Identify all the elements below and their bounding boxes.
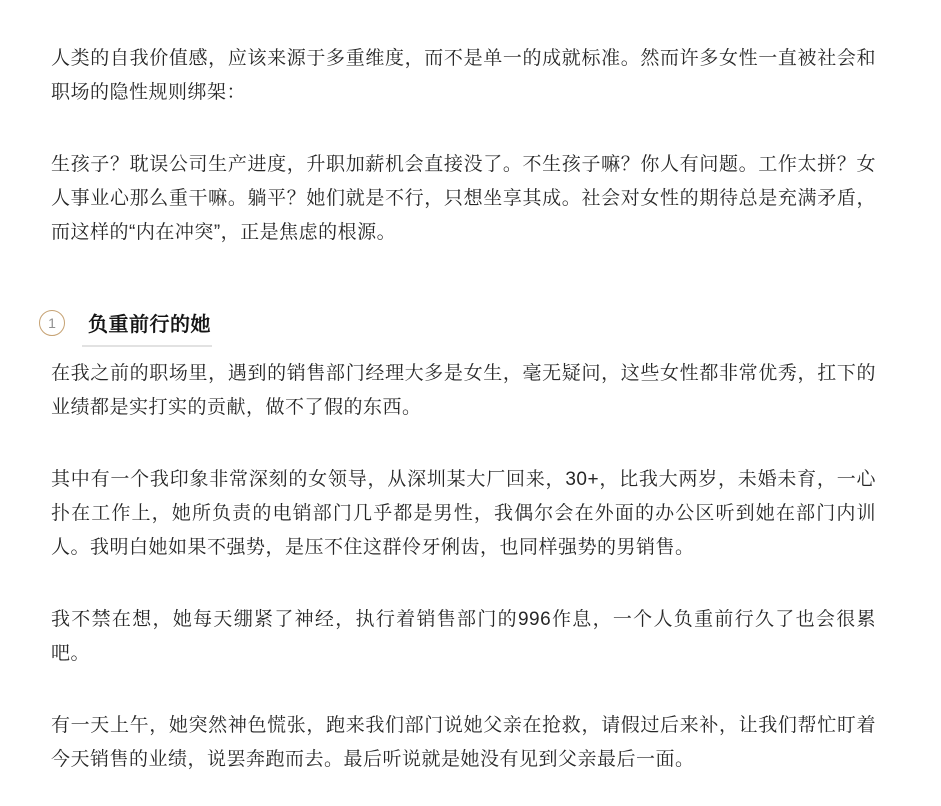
intro-paragraph-1: 人类的自我价值感，应该来源于多重维度，而不是单一的成就标准。然而许多女性一直被社… [51,42,876,110]
intro-paragraph-2: 生孩子？耽误公司生产进度，升职加薪机会直接没了。不生孩子嘛？你人有问题。工作太拼… [51,148,876,250]
heading-underline-decoration [82,345,212,347]
section-title: 负重前行的她 [88,308,211,337]
section-heading-row: 1 负重前行的她 [39,308,876,337]
section-number: 1 [48,316,56,330]
section-paragraph-4: 有一天上午，她突然神色慌张，跑来我们部门说她父亲在抢救，请假过后来补，让我们帮忙… [51,709,876,777]
section-number-badge: 1 [39,310,65,336]
section-paragraph-2: 其中有一个我印象非常深刻的女领导，从深圳某大厂回来，30+，比我大两岁，未婚未育… [51,463,876,565]
section-paragraph-1: 在我之前的职场里，遇到的销售部门经理大多是女生，毫无疑问，这些女性都非常优秀，扛… [51,357,876,425]
section-paragraph-3: 我不禁在想，她每天绷紧了神经，执行着销售部门的996作息，一个人负重前行久了也会… [51,603,876,671]
article-page: 人类的自我价值感，应该来源于多重维度，而不是单一的成就标准。然而许多女性一直被社… [0,0,941,806]
section-heading: 1 负重前行的她 [51,308,876,347]
